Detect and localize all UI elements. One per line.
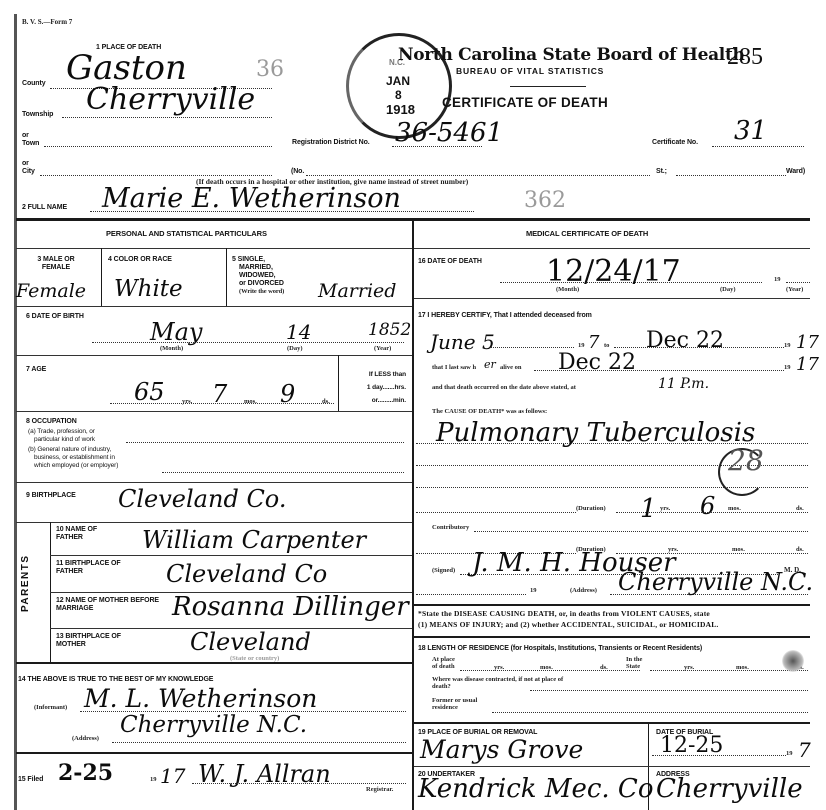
signed-label: (Signed) <box>432 567 455 574</box>
father-name-value: William Carpenter <box>142 526 366 554</box>
stamp-month: JAN <box>386 74 410 88</box>
undertaker-address-value: Cherryville <box>656 774 803 804</box>
date-of-death-value: 12/24/17 <box>546 254 681 289</box>
certificate-number-label: Certificate No. <box>652 139 698 147</box>
signed-date-prefix: 19 <box>530 587 537 594</box>
death-time-label: and that death occurred on the date abov… <box>432 384 576 391</box>
burial-year-value: 7 <box>798 738 811 762</box>
father-name-label: 10 NAME OF FATHER <box>56 526 102 542</box>
attended-from-year-prefix: 19 <box>578 342 585 349</box>
duration-months: 6 <box>700 492 715 520</box>
certificate-number-value: 31 <box>734 116 767 146</box>
signed-address-label: (Address) <box>570 587 597 594</box>
last-saw-year: 17 <box>796 354 819 375</box>
less-than-day-box: If LESS than 1 day.......hrs. or........… <box>342 368 406 407</box>
birthplace-value: Cleveland Co. <box>118 485 286 513</box>
in-state-years-unit: yrs. <box>684 664 694 671</box>
certify-label: 17 I HEREBY CERTIFY, That I attended dec… <box>418 312 592 320</box>
full-name-note: 362 <box>524 188 566 213</box>
age-years-unit: yrs. <box>182 398 192 405</box>
attended-to-year-prefix: 19 <box>784 342 791 349</box>
filed-year-prefix: 19 <box>150 776 157 783</box>
page-number: 285 <box>727 44 763 71</box>
residence-label: 18 LENGTH OF RESIDENCE (for Hospitals, I… <box>418 645 702 653</box>
cause-footnote-line-2: (1) MEANS OF INJURY; and (2) whether ACC… <box>418 620 718 629</box>
cause-code: 28 <box>728 444 764 477</box>
street-number-label: (No. <box>291 168 304 176</box>
filed-label: 15 Filed <box>18 776 43 784</box>
occupation-a-label: (a) Trade, profession, or particular kin… <box>28 428 95 444</box>
age-months-unit: mos. <box>244 398 257 405</box>
attended-to-value: Dec 22 <box>646 328 724 353</box>
alive-on-label: alive on <box>500 364 522 371</box>
form-id: B. V. S.—Form 7 <box>22 19 72 26</box>
personal-section-title: PERSONAL AND STATISTICAL PARTICULARS <box>106 230 267 238</box>
title-rule <box>510 86 586 87</box>
board-title: North Carolina State Board of Health <box>398 45 745 65</box>
filed-year-value: 17 <box>160 764 185 788</box>
death-year-caption: (Year) <box>786 286 803 293</box>
father-birthplace-value: Cleveland Co <box>166 560 327 588</box>
state-country-caption: (State or country) <box>230 655 279 662</box>
age-days-value: 9 <box>280 380 295 408</box>
last-saw-value: Dec 22 <box>558 350 636 375</box>
filed-date-value: 2-25 <box>58 760 113 786</box>
age-years-value: 65 <box>134 378 165 406</box>
stamp-day: 8 <box>395 88 402 102</box>
parents-label: PARENTS <box>20 554 31 612</box>
township-value: Cherryville <box>86 82 255 117</box>
sex-value: Female <box>16 280 86 302</box>
occupation-label: 8 OCCUPATION <box>26 418 77 426</box>
smudge-mark <box>782 650 804 672</box>
in-state-label: In the State <box>626 656 652 670</box>
attended-to-year: 17 <box>796 332 819 353</box>
contributory-days-unit: ds. <box>796 546 804 553</box>
duration-months-unit: mos. <box>728 505 741 512</box>
marital-label: 5 SINGLE, MARRIED, WIDOWED, or DIVORCED … <box>232 256 284 295</box>
registration-district-value: 36-5461 <box>395 118 503 148</box>
stamp-year: 1918 <box>386 102 415 117</box>
death-year-prefix: 19 <box>774 276 781 283</box>
bureau-title: BUREAU OF VITAL STATISTICS <box>456 66 604 76</box>
duration-years: 1 <box>640 494 657 524</box>
at-place-years-unit: yrs. <box>494 664 504 671</box>
in-state-months-unit: mos. <box>736 664 749 671</box>
ward-label: Ward) <box>786 168 805 176</box>
contributory-label: Contributory <box>432 524 469 531</box>
signed-address-value: Cherryville N.C. <box>618 568 813 596</box>
age-days-unit: ds. <box>322 398 330 405</box>
registrar-label: Registrar. <box>366 786 393 793</box>
county-label: County <box>22 80 46 88</box>
former-residence-label: Former or usual residence <box>432 697 492 711</box>
cause-label: The CAUSE OF DEATH* was as follows: <box>432 408 547 415</box>
cause-footnote-line-1: *State the DISEASE CAUSING DEATH, or, in… <box>418 609 710 618</box>
age-label: 7 AGE <box>26 366 46 374</box>
mother-name-value: Rosanna Dillinger <box>172 592 409 622</box>
left-border <box>14 14 17 810</box>
occupation-b-label: (b) General nature of industry, business… <box>28 446 118 470</box>
at-place-label: At place of death <box>432 656 460 670</box>
race-label: 4 COLOR OR RACE <box>108 256 172 264</box>
attended-to-label: to <box>604 342 609 349</box>
father-birthplace-label: 11 BIRTHPLACE OF FATHER <box>56 560 136 576</box>
city-label: or City <box>22 160 42 176</box>
informant-value: M. L. Wetherinson <box>84 684 317 713</box>
dob-day-caption: (Day) <box>287 345 303 352</box>
county-note: 36 <box>256 57 284 82</box>
death-day-caption: (Day) <box>720 286 736 293</box>
at-place-days-unit: ds. <box>600 664 608 671</box>
medical-section-title: MEDICAL CERTIFICATE OF DEATH <box>526 230 648 238</box>
race-value: White <box>114 276 183 302</box>
full-name-value: Marie E. Wetherinson <box>102 183 401 214</box>
dob-month-caption: (Month) <box>160 345 183 352</box>
burial-year-prefix: 19 <box>786 750 793 757</box>
attended-from-value: June 5 <box>430 330 495 354</box>
birthplace-label: 9 BIRTHPLACE <box>26 492 76 500</box>
date-of-death-label: 16 DATE OF DEATH <box>418 258 482 266</box>
last-saw-pronoun: er <box>484 358 496 371</box>
street-label: St.; <box>656 168 667 176</box>
contributory-months-unit: mos. <box>732 546 745 553</box>
township-label: Township <box>22 111 53 119</box>
marital-value: Married <box>318 280 396 302</box>
dob-year-caption: (Year) <box>374 345 391 352</box>
town-label: or Town <box>22 132 42 148</box>
mother-birthplace-label: 13 BIRTHPLACE OF MOTHER <box>56 633 136 649</box>
registration-district-label: Registration District No. <box>292 139 370 147</box>
informant-address-value: Cherryville N.C. <box>120 712 307 738</box>
burial-date-value: 12-25 <box>660 733 723 758</box>
informant-certification-label: 14 THE ABOVE IS TRUE TO THE BEST OF MY K… <box>18 676 213 684</box>
duration-days-unit: ds. <box>796 505 804 512</box>
age-months-value: 7 <box>212 380 227 408</box>
undertaker-value: Kendrick Mec. Co <box>418 774 653 804</box>
last-saw-label: that I last saw h <box>432 364 476 371</box>
at-place-months-unit: mos. <box>540 664 553 671</box>
death-certificate: B. V. S.—Form 7 1 PLACE OF DEATH N.C. JA… <box>0 0 826 810</box>
dob-label: 6 DATE OF BIRTH <box>26 313 84 321</box>
mother-birthplace-value: Cleveland <box>190 628 311 656</box>
certificate-title: CERTIFICATE OF DEATH <box>442 95 608 110</box>
dob-year: 1852 <box>368 320 411 340</box>
contracted-label: Where was disease contracted, if not at … <box>432 676 572 690</box>
duration-label: (Duration) <box>576 505 606 512</box>
last-saw-year-prefix: 19 <box>784 364 791 371</box>
death-month-caption: (Month) <box>556 286 579 293</box>
informant-address-label: (Address) <box>72 735 99 742</box>
dob-month: May <box>150 318 202 346</box>
full-name-label: 2 FULL NAME <box>22 204 67 212</box>
death-time-value: 11 P.m. <box>658 376 709 392</box>
sex-label: 3 MALE OR FEMALE <box>26 256 86 272</box>
duration-years-unit: yrs. <box>660 505 670 512</box>
burial-place-value: Marys Grove <box>420 735 583 764</box>
mother-name-label: 12 NAME OF MOTHER BEFORE MARRIAGE <box>56 597 166 613</box>
dob-day: 14 <box>286 320 311 344</box>
informant-label: (Informant) <box>34 704 67 711</box>
